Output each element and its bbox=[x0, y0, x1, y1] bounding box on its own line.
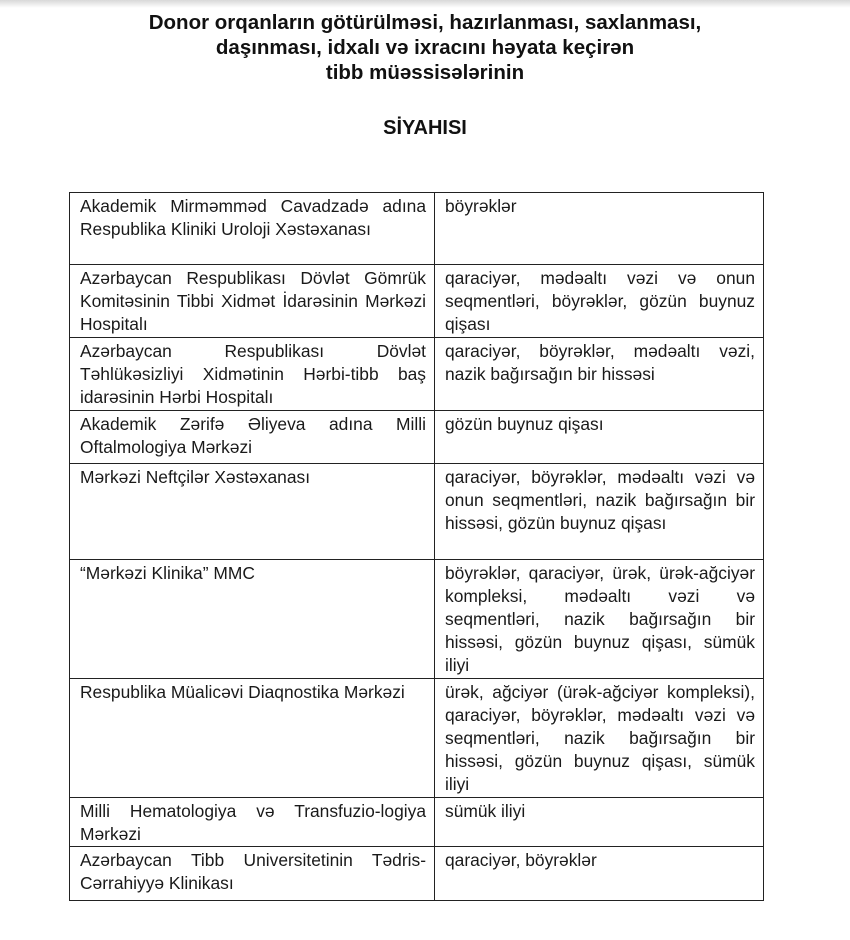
table-row: Respublika Müalicəvi Diaqnostika Mərkəzi… bbox=[70, 678, 764, 797]
organs-cell: ürək, ağciyər (ürək-ağciyər kompleksi), … bbox=[435, 678, 764, 797]
document-subtitle: SİYAHISI bbox=[0, 116, 850, 141]
table-row: Mərkəzi Neftçilər Xəstəxanası qaraciyər,… bbox=[70, 463, 764, 559]
institution-cell: Respublika Müalicəvi Diaqnostika Mərkəzi bbox=[70, 678, 435, 797]
title-line: Donor orqanların götürülməsi, hazırlanma… bbox=[0, 10, 850, 35]
table-row: “Mərkəzi Klinika” MMC böyrəklər, qaraciy… bbox=[70, 559, 764, 678]
organs-cell: qaraciyər, mədəaltı vəzi və onun seqment… bbox=[435, 265, 764, 338]
table-row: Azərbaycan Respublikası Dövlət Təhlükəsi… bbox=[70, 338, 764, 411]
table-row: Azərbaycan Respublikası Dövlət Gömrük Ko… bbox=[70, 265, 764, 338]
organs-cell: qaraciyər, böyrəklər, mədəaltı vəzi, naz… bbox=[435, 338, 764, 411]
title-line: tibb müəssisələrinin bbox=[0, 60, 850, 85]
institution-cell: Akademik Zərifə Əliyeva adına Milli Ofta… bbox=[70, 410, 435, 463]
table-row: Azərbaycan Tibb Universitetinin Tədris-C… bbox=[70, 847, 764, 901]
organs-cell: gözün buynuz qişası bbox=[435, 410, 764, 463]
organs-cell: qaraciyər, böyrəklər, mədəaltı vəzi və o… bbox=[435, 463, 764, 559]
institution-cell: Azərbaycan Respublikası Dövlət Gömrük Ko… bbox=[70, 265, 435, 338]
organs-cell: böyrəklər, qaraciyər, ürək, ürək-ağciyər… bbox=[435, 559, 764, 678]
institution-cell: Azərbaycan Respublikası Dövlət Təhlükəsi… bbox=[70, 338, 435, 411]
table-row: Milli Hematologiya və Transfuzio-logiya … bbox=[70, 797, 764, 846]
table-row: Akademik Mirməmməd Cavadzadə adına Respu… bbox=[70, 193, 764, 265]
institution-cell: “Mərkəzi Klinika” MMC bbox=[70, 559, 435, 678]
institution-cell: Mərkəzi Neftçilər Xəstəxanası bbox=[70, 463, 435, 559]
title-line: daşınması, idxalı və ixracını həyata keç… bbox=[0, 35, 850, 60]
organs-cell: böyrəklər bbox=[435, 193, 764, 265]
institution-cell: Milli Hematologiya və Transfuzio-logiya … bbox=[70, 797, 435, 846]
document-title: Donor orqanların götürülməsi, hazırlanma… bbox=[0, 10, 850, 85]
institution-cell: Akademik Mirməmməd Cavadzadə adına Respu… bbox=[70, 193, 435, 265]
table-row: Akademik Zərifə Əliyeva adına Milli Ofta… bbox=[70, 410, 764, 463]
organs-cell: qaraciyər, böyrəklər bbox=[435, 847, 764, 901]
institutions-table: Akademik Mirməmməd Cavadzadə adına Respu… bbox=[69, 192, 764, 901]
institution-cell: Azərbaycan Tibb Universitetinin Tədris-C… bbox=[70, 847, 435, 901]
organs-cell: sümük iliyi bbox=[435, 797, 764, 846]
page-top-shadow bbox=[0, 0, 850, 8]
